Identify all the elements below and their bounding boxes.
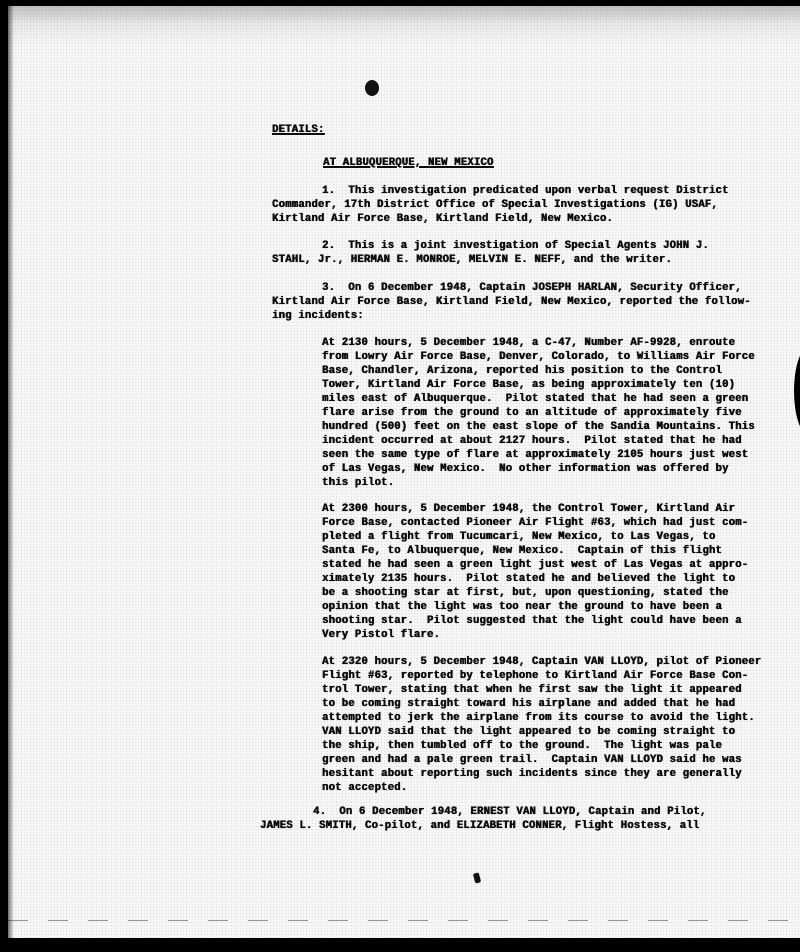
location-heading: AT ALBUQUERQUE, NEW MEXICO (323, 157, 494, 171)
incident-line: Santa Fe, to Albuquerque, New Mexico. Ca… (322, 545, 722, 559)
incident-line: from Lowry Air Force Base, Denver, Color… (322, 351, 755, 365)
incident-line: not accepted. (322, 782, 407, 796)
incident-line: At 2320 hours, 5 December 1948, Captain … (322, 656, 761, 670)
incident-line: At 2130 hours, 5 December 1948, a C-47, … (322, 337, 735, 351)
incident-line: VAN LLOYD said that the light appeared t… (322, 726, 735, 740)
incident-line: shooting star. Pilot suggested that the … (322, 615, 742, 629)
paragraph-line: 4. On 6 December 1948, ERNEST VAN LLOYD,… (313, 806, 706, 820)
incident-line: trol Tower, stating that when he first s… (322, 684, 742, 698)
incident-line: ximately 2135 hours. Pilot stated he and… (322, 573, 735, 587)
incident-line: attempted to jerk the airplane from its … (322, 712, 755, 726)
incident-line: of Las Vegas, New Mexico. No other infor… (322, 463, 729, 477)
incident-line: this pilot. (322, 477, 394, 491)
incident-line: flare arise from the ground to an altitu… (322, 407, 742, 421)
paragraph-line: 1. This investigation predicated upon ve… (322, 185, 729, 199)
incident-line: to be coming straight toward his airplan… (322, 698, 735, 712)
paragraph-line: ing incidents: (272, 310, 364, 324)
section-heading: DETAILS: (272, 124, 324, 138)
paragraph-line: Commander, 17th District Office of Speci… (272, 199, 718, 213)
incident-line: miles east of Albuquerque. Pilot stated … (322, 393, 748, 407)
scan-artifact-line (8, 920, 800, 921)
incident-line: be a shooting star at first, but, upon q… (322, 587, 729, 601)
incident-line: pleted a flight from Tucumcari, New Mexi… (322, 531, 715, 545)
paragraph-line: 3. On 6 December 1948, Captain JOSEPH HA… (322, 282, 742, 296)
paragraph-line: STAHL, Jr., HERMAN E. MONROE, MELVIN E. … (272, 254, 672, 268)
incident-line: Tower, Kirtland Air Force Base, as being… (322, 379, 735, 393)
incident-line: the ship, then tumbled off to the ground… (322, 740, 722, 754)
incident-line: stated he had seen a green light just we… (322, 559, 748, 573)
incident-line: seen the same type of flare at approxima… (322, 449, 748, 463)
paragraph-line: JAMES L. SMITH, Co-pilot, and ELIZABETH … (260, 820, 699, 834)
paragraph-line: Kirtland Air Force Base, Kirtland Field,… (272, 296, 751, 310)
incident-line: opinion that the light was too near the … (322, 601, 722, 615)
incident-line: Very Pistol flare. (322, 629, 440, 643)
incident-line: hesitant about reporting such incidents … (322, 768, 742, 782)
incident-line: At 2300 hours, 5 December 1948, the Cont… (322, 503, 735, 517)
incident-line: Force Base, contacted Pioneer Air Flight… (322, 517, 748, 531)
incident-line: Base, Chandler, Arizona, reported his po… (322, 365, 722, 379)
incident-line: green and had a pale green trail. Captai… (322, 754, 742, 768)
scan-edge-shadow (8, 6, 14, 938)
incident-line: Flight #63, reported by telephone to Kir… (322, 670, 748, 684)
incident-line: hundred (500) feet on the east slope of … (322, 421, 755, 435)
punch-hole-icon (365, 80, 379, 96)
paragraph-line: 2. This is a joint investigation of Spec… (322, 240, 709, 254)
incident-line: incident occurred at about 2127 hours. P… (322, 435, 742, 449)
paragraph-line: Kirtland Air Force Base, Kirtland Field,… (272, 213, 613, 227)
